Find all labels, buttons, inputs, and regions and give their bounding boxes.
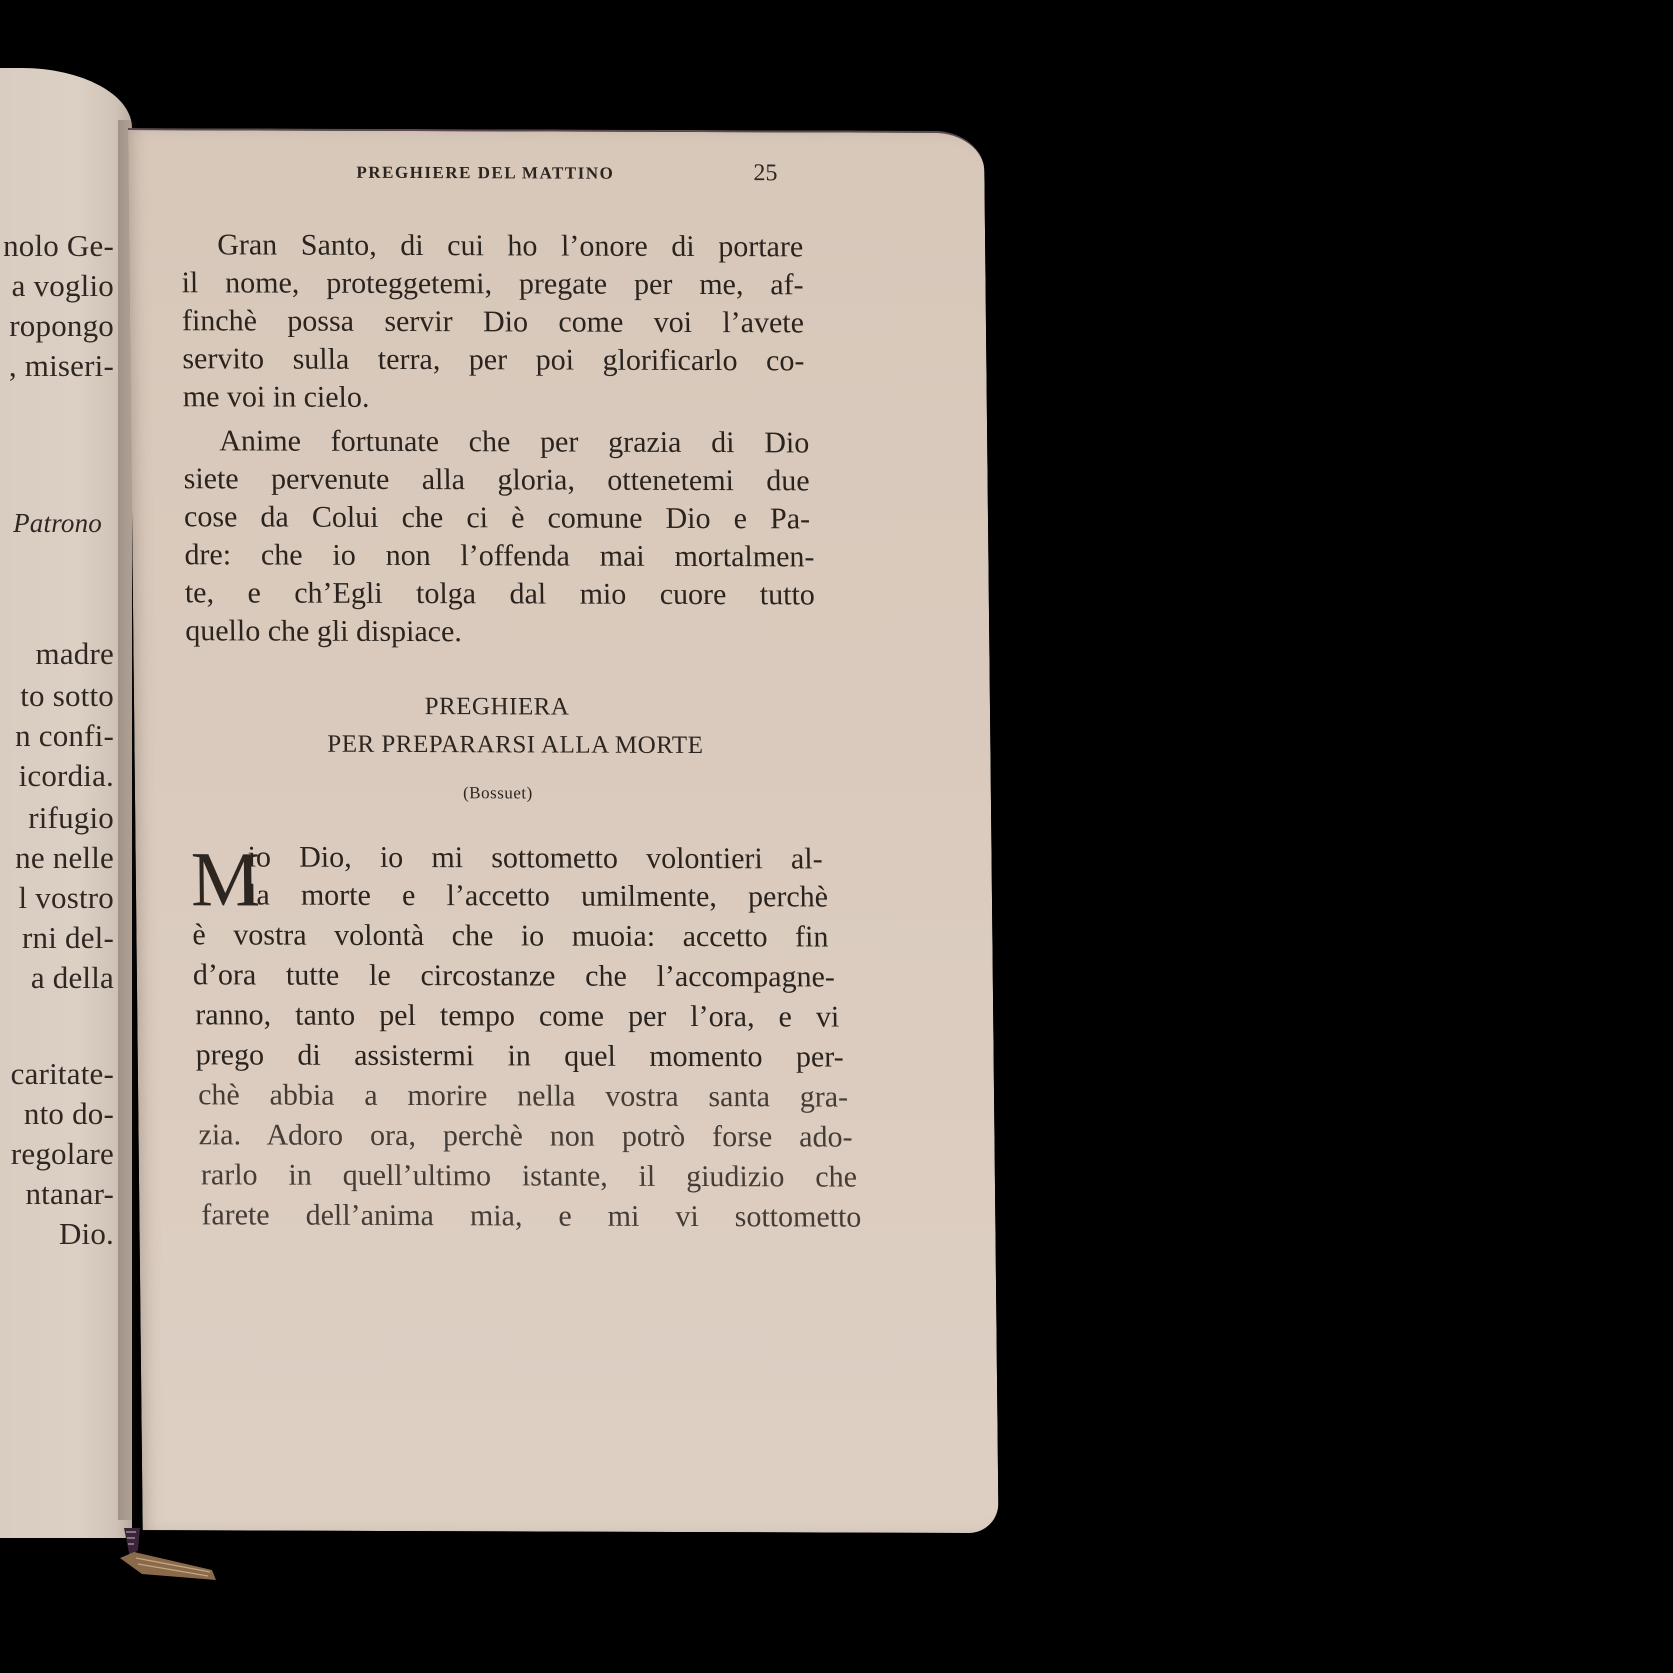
text-line: servito sulla terra, per poi glorificarl…: [182, 340, 804, 380]
text-line: io Dio, io mi sottometto volontieri al-: [247, 838, 822, 878]
text-line: finchè possa servir Dio come voi l’avete: [182, 302, 804, 342]
text-line: prego di assistermi in quel momento per-: [196, 1036, 844, 1076]
text-line: rarlo in quell’ultimo istante, il giudiz…: [201, 1156, 857, 1196]
left-page-line: ntanar-: [25, 1176, 114, 1212]
left-page-line: caritate-: [11, 1056, 114, 1092]
paragraph-anime-fortunate: Anime fortunate che per grazia di Dio si…: [128, 130, 984, 133]
paragraph-mio-dio: io Dio, io mi sottometto volontieri al- …: [128, 130, 984, 133]
text-line: zia. Adoro ora, perchè non potrò forse a…: [198, 1116, 852, 1156]
text-line: te, e ch’Egli tolga dal mio cuore tutto: [185, 574, 815, 614]
text-line: farete dell’anima mia, e mi vi sottomett…: [201, 1196, 861, 1236]
section-subtitle: PER PREPARARSI ALLA MORTE: [204, 730, 826, 760]
text-line: è vostra volontà che io muoia: accetto f…: [192, 916, 828, 956]
left-page-line: nolo Ge-: [3, 228, 114, 264]
text-line: Anime fortunate che per grazia di Dio: [183, 422, 809, 462]
paragraph-gran-santo: Gran Santo, di cui ho l’onore di portare…: [128, 130, 984, 133]
text-line: me voi in cielo.: [183, 378, 805, 418]
left-page: nolo Ge- a voglio ropongo , miseri- Patr…: [0, 68, 132, 1538]
text-line: ranno, tanto pel tempo come per l’ora, e…: [195, 996, 839, 1036]
running-head: PREGHIERE DEL MATTINO: [356, 163, 614, 184]
left-page-line: n confi-: [15, 718, 114, 754]
left-page-line: rni del-: [22, 920, 114, 956]
left-page-line: ne nelle: [15, 840, 114, 876]
text-line: chè abbia a morire nella vostra santa gr…: [198, 1076, 848, 1116]
text-line: siete pervenute alla gloria, ottenetemi …: [183, 460, 809, 500]
attribution: (Bossuet): [187, 782, 809, 804]
left-page-line: to sotto: [20, 678, 114, 714]
section-title: PREGHIERA: [186, 692, 808, 722]
left-page-line: ropongo: [9, 308, 114, 344]
left-page-line: madre: [36, 636, 114, 672]
text-line: Gran Santo, di cui ho l’onore di portare: [181, 226, 803, 266]
left-page-heading: Patrono: [13, 508, 102, 539]
text-line: la morte e l’accetto umilmente, perchè: [248, 876, 828, 916]
left-page-line: a della: [31, 960, 114, 996]
text-line: dre: che io non l’offenda mai mortalmen-: [184, 536, 814, 576]
text-line: cose da Colui che ci è comune Dio e Pa-: [184, 498, 810, 538]
left-page-line: rifugio: [28, 800, 114, 836]
text-line: quello che gli dispiace.: [185, 612, 807, 652]
text-line: d’ora tutte le circostanze che l’accompa…: [193, 956, 835, 996]
left-page-line: nto do-: [24, 1096, 114, 1132]
left-page-line: a voglio: [12, 268, 114, 304]
left-page-line: l vostro: [19, 880, 114, 916]
right-page: PREGHIERE DEL MATTINO 25 Gran Santo, di …: [128, 128, 999, 1533]
left-page-line: icordia.: [19, 758, 114, 794]
bookmark-ribbon-icon: [112, 1528, 222, 1583]
left-page-line: Dio.: [59, 1216, 114, 1252]
page-number: 25: [753, 160, 777, 187]
left-page-line: regolare: [11, 1136, 114, 1172]
text-line: il nome, proteggetemi, pregate per me, a…: [181, 264, 803, 304]
left-page-line: , miseri-: [9, 348, 114, 384]
